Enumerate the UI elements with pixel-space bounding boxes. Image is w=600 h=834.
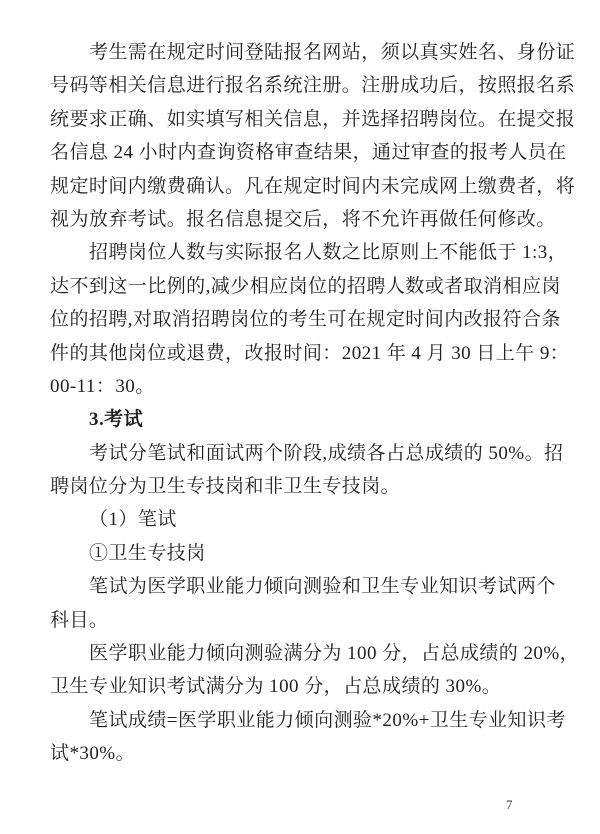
- document-page: 考生需在规定时间登陆报名网站，须以真实姓名、身份证号码等相关信息进行报名系统注册…: [0, 0, 600, 834]
- para-registration-procedure: 考生需在规定时间登陆报名网站，须以真实姓名、身份证号码等相关信息进行报名系统注册…: [50, 36, 552, 236]
- text-line: 招聘岗位人数与实际报名人数之比原则上不能低于 1:3，: [50, 236, 552, 269]
- para-exam-stages: 考试分笔试和面试两个阶段,成绩各占总成绩的 50%。招聘岗位分为卫生专技岗和非卫…: [50, 437, 552, 504]
- text-line: 达不到这一比例的,减少相应岗位的招聘人数或者取消相应岗: [50, 270, 552, 303]
- text-line: 件的其他岗位或退费，改报时间：2021 年 4 月 30 日上午 9：: [50, 337, 552, 370]
- text-line: （1）笔试: [50, 503, 552, 536]
- text-line: 科目。: [50, 604, 552, 637]
- document-body: 考生需在规定时间登陆报名网站，须以真实姓名、身份证号码等相关信息进行报名系统注册…: [50, 36, 552, 771]
- text-line: 笔试成绩=医学职业能力倾向测验*20%+卫生专业知识考: [50, 704, 552, 737]
- text-line: 医学职业能力倾向测验满分为 100 分，占总成绩的 20%，: [50, 637, 552, 670]
- para-written-subjects: 笔试为医学职业能力倾向测验和卫生专业知识考试两个科目。: [50, 570, 552, 637]
- heading-exam: 3.考试: [50, 403, 552, 436]
- text-line: 统要求正确、如实填写相关信息，并选择招聘岗位。在提交报: [50, 103, 552, 136]
- text-line: 卫生专业知识考试满分为 100 分，占总成绩的 30%。: [50, 670, 552, 703]
- page-number: 7: [506, 797, 513, 813]
- para-score-weights: 医学职业能力倾向测验满分为 100 分，占总成绩的 20%，卫生专业知识考试满分…: [50, 637, 552, 704]
- para-written-test-label: （1）笔试: [50, 503, 552, 536]
- text-line: 视为放弃考试。报名信息提交后，将不允许再做任何修改。: [50, 203, 552, 236]
- para-ratio-requirement: 招聘岗位人数与实际报名人数之比原则上不能低于 1:3，达不到这一比例的,减少相应…: [50, 236, 552, 403]
- text-line: 考试分笔试和面试两个阶段,成绩各占总成绩的 50%。招: [50, 437, 552, 470]
- text-line: ①卫生专技岗: [50, 537, 552, 570]
- text-line: 00-11：30。: [50, 370, 552, 403]
- text-line: 考生需在规定时间登陆报名网站，须以真实姓名、身份证: [50, 36, 552, 69]
- text-line: 试*30%。: [50, 737, 552, 770]
- para-score-formula: 笔试成绩=医学职业能力倾向测验*20%+卫生专业知识考试*30%。: [50, 704, 552, 771]
- text-line: 笔试为医学职业能力倾向测验和卫生专业知识考试两个: [50, 570, 552, 603]
- text-line: 3.考试: [50, 403, 552, 436]
- text-line: 聘岗位分为卫生专技岗和非卫生专技岗。: [50, 470, 552, 503]
- para-health-post-label: ①卫生专技岗: [50, 537, 552, 570]
- text-line: 规定时间内缴费确认。凡在规定时间内未完成网上缴费者，将: [50, 170, 552, 203]
- text-line: 位的招聘,对取消招聘岗位的考生可在规定时间内改报符合条: [50, 303, 552, 336]
- text-line: 名信息 24 小时内查询资格审查结果，通过审查的报考人员在: [50, 136, 552, 169]
- text-line: 号码等相关信息进行报名系统注册。注册成功后，按照报名系: [50, 69, 552, 102]
